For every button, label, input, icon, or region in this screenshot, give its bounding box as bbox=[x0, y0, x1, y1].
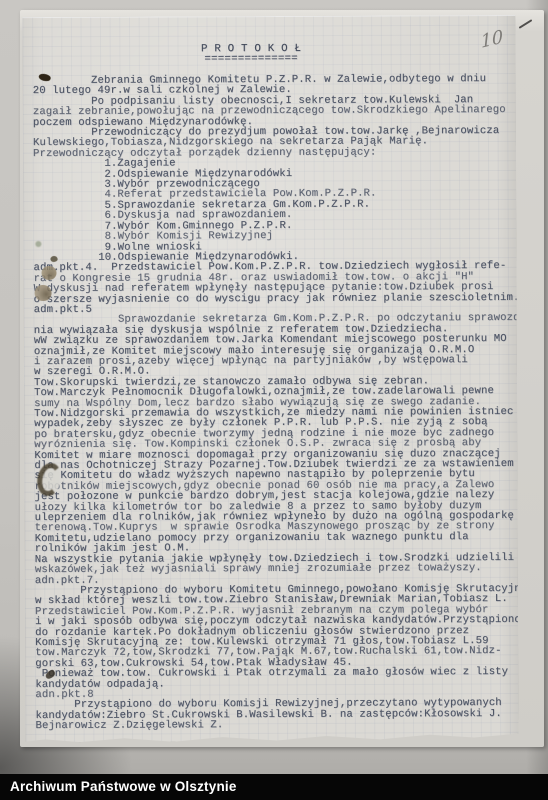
document-line: adn.pkt.8 bbox=[35, 688, 518, 701]
stain-spot bbox=[35, 285, 52, 301]
document-line: Przedstawiciel Pow.Kom.P.Z.P.R. wyjasnił… bbox=[35, 604, 519, 617]
typewritten-body: Zebrania Gminnego Komitetu P.Z.P.R. w Za… bbox=[33, 74, 519, 732]
document-line: 8.Wybór Komisji Rewizyjnej bbox=[33, 230, 518, 243]
archive-watermark-text: Archiwum Państwowe w Olsztynie bbox=[10, 774, 548, 800]
document-line: zagaił zebranie,powołując na przewodnicz… bbox=[33, 105, 519, 118]
archival-scan-viewport: P R O T O K O Ł ============== 10 Zebran… bbox=[0, 0, 548, 800]
document-line: i zarazem prosi,azeby więcej wpłynąc na … bbox=[34, 355, 519, 368]
document-line: Sprawozdanie sekretarza Gm.Kom.P.Z.P.R. … bbox=[34, 313, 519, 326]
document-line: Przewodniczący odczytał porządek dzienny… bbox=[33, 147, 519, 160]
stain-spot bbox=[42, 266, 57, 280]
document-line: W dyskusji nad referatem wpłynęły następ… bbox=[34, 282, 519, 295]
document-line: robotników miejscowych,gdyz obecnie pona… bbox=[34, 480, 518, 493]
document-line: ułozy kilka kilometrów tor bo zaledwie 8… bbox=[35, 500, 519, 513]
document-line: sumy na Wspólny Dom,lecz bardzo słabo wy… bbox=[34, 396, 518, 409]
handwritten-page-number: 10 bbox=[480, 26, 504, 52]
document-line: 6.Dyskusja nad sprawozdaniem. bbox=[33, 209, 518, 222]
document-line: wyróznienia się. Tow.Kompinski członek O… bbox=[34, 438, 518, 451]
document-line: adn.pkt.7. bbox=[35, 573, 519, 586]
document-page: P R O T O K O Ł ============== 10 Zebran… bbox=[22, 15, 518, 743]
document-line: Bejnarowicz Z.Dzięgelewski Z. bbox=[35, 719, 518, 732]
document-line: terenową.Tow.Kuprys w sprawie Osrodka Ma… bbox=[35, 521, 519, 534]
document-line: 4.Referat przedstawiciela Pow.Kom.P.Z.P.… bbox=[33, 188, 518, 201]
faded-speck bbox=[35, 241, 41, 247]
document-line: Ponieważ tow.tow. Cukrowski i Ptak otrzy… bbox=[35, 667, 518, 680]
document-line: tow.Marczyk 72,tow,Skrodzki 77,tow.Pająk… bbox=[35, 646, 518, 659]
title-underline: ============== bbox=[22, 52, 497, 66]
archive-watermark-bar: Archiwum Państwowe w Olsztynie bbox=[0, 774, 548, 800]
